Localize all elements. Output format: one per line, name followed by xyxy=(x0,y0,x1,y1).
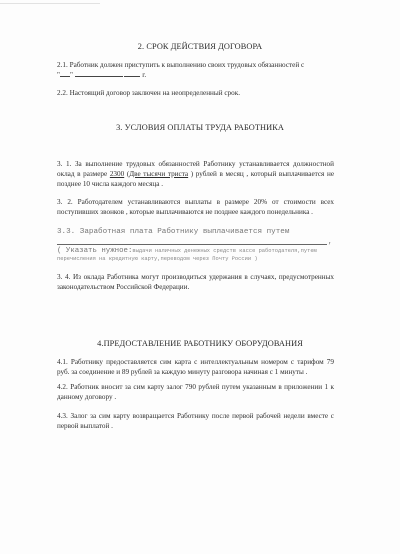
contract-page: 2. СРОК ДЕЙСТВИЯ ДОГОВОРА 2.1. Работник … xyxy=(0,0,400,554)
note-lead: ( Указать нужное: xyxy=(57,247,132,255)
blank-comma: , xyxy=(328,238,334,246)
section-3-heading: 3. УСЛОВИЯ ОПЛАТЫ ТРУДА РАБОТНИКА xyxy=(0,123,400,132)
clause-3-1: 3. 1. За выполнение трудовых обязанносте… xyxy=(57,159,334,189)
salary-amount: 2300 xyxy=(110,170,124,178)
clause-3-3-note: ( Указать нужное:выдачи наличных денежны… xyxy=(57,247,337,263)
salary-amount-words: Две тысячи триста xyxy=(129,170,188,178)
month-blank[interactable] xyxy=(75,70,123,77)
year-blank[interactable] xyxy=(124,70,140,77)
clause-4-2: 4.2. Работник вносит за сим карту залог … xyxy=(57,382,334,402)
day-blank[interactable] xyxy=(60,70,70,77)
clause-3-4: 3. 4. Из оклада Работника могут производ… xyxy=(57,272,334,292)
clause-2-2: 2.2. Настоящий договор заключен на неопр… xyxy=(57,88,334,98)
clause-2-1-text: 2.1. Работник должен приступить к выполн… xyxy=(57,61,304,69)
clause-3-2: 3. 2. Работодателем устанавливаются выпл… xyxy=(57,197,334,217)
section-4-heading: 4.ПРЕДОСТАВЛЕНИЕ РАБОТНИКУ ОБОРУДОВАНИЯ xyxy=(0,339,400,348)
clause-4-3: 4.3. Залог за сим карту возвращается Раб… xyxy=(57,411,334,431)
clause-4-1: 4.1. Работнику предоставляется сим карта… xyxy=(57,357,334,377)
clause-3-3: 3.3. Заработная плата Работнику выплачив… xyxy=(57,228,337,236)
clause-2-1: 2.1. Работник должен приступить к выполн… xyxy=(57,60,334,80)
year-suffix: г. xyxy=(142,71,146,79)
date-quote-close: " xyxy=(70,71,73,79)
payment-method-blank[interactable] xyxy=(57,244,327,245)
section-2-heading: 2. СРОК ДЕЙСТВИЯ ДОГОВОРА xyxy=(0,42,400,51)
